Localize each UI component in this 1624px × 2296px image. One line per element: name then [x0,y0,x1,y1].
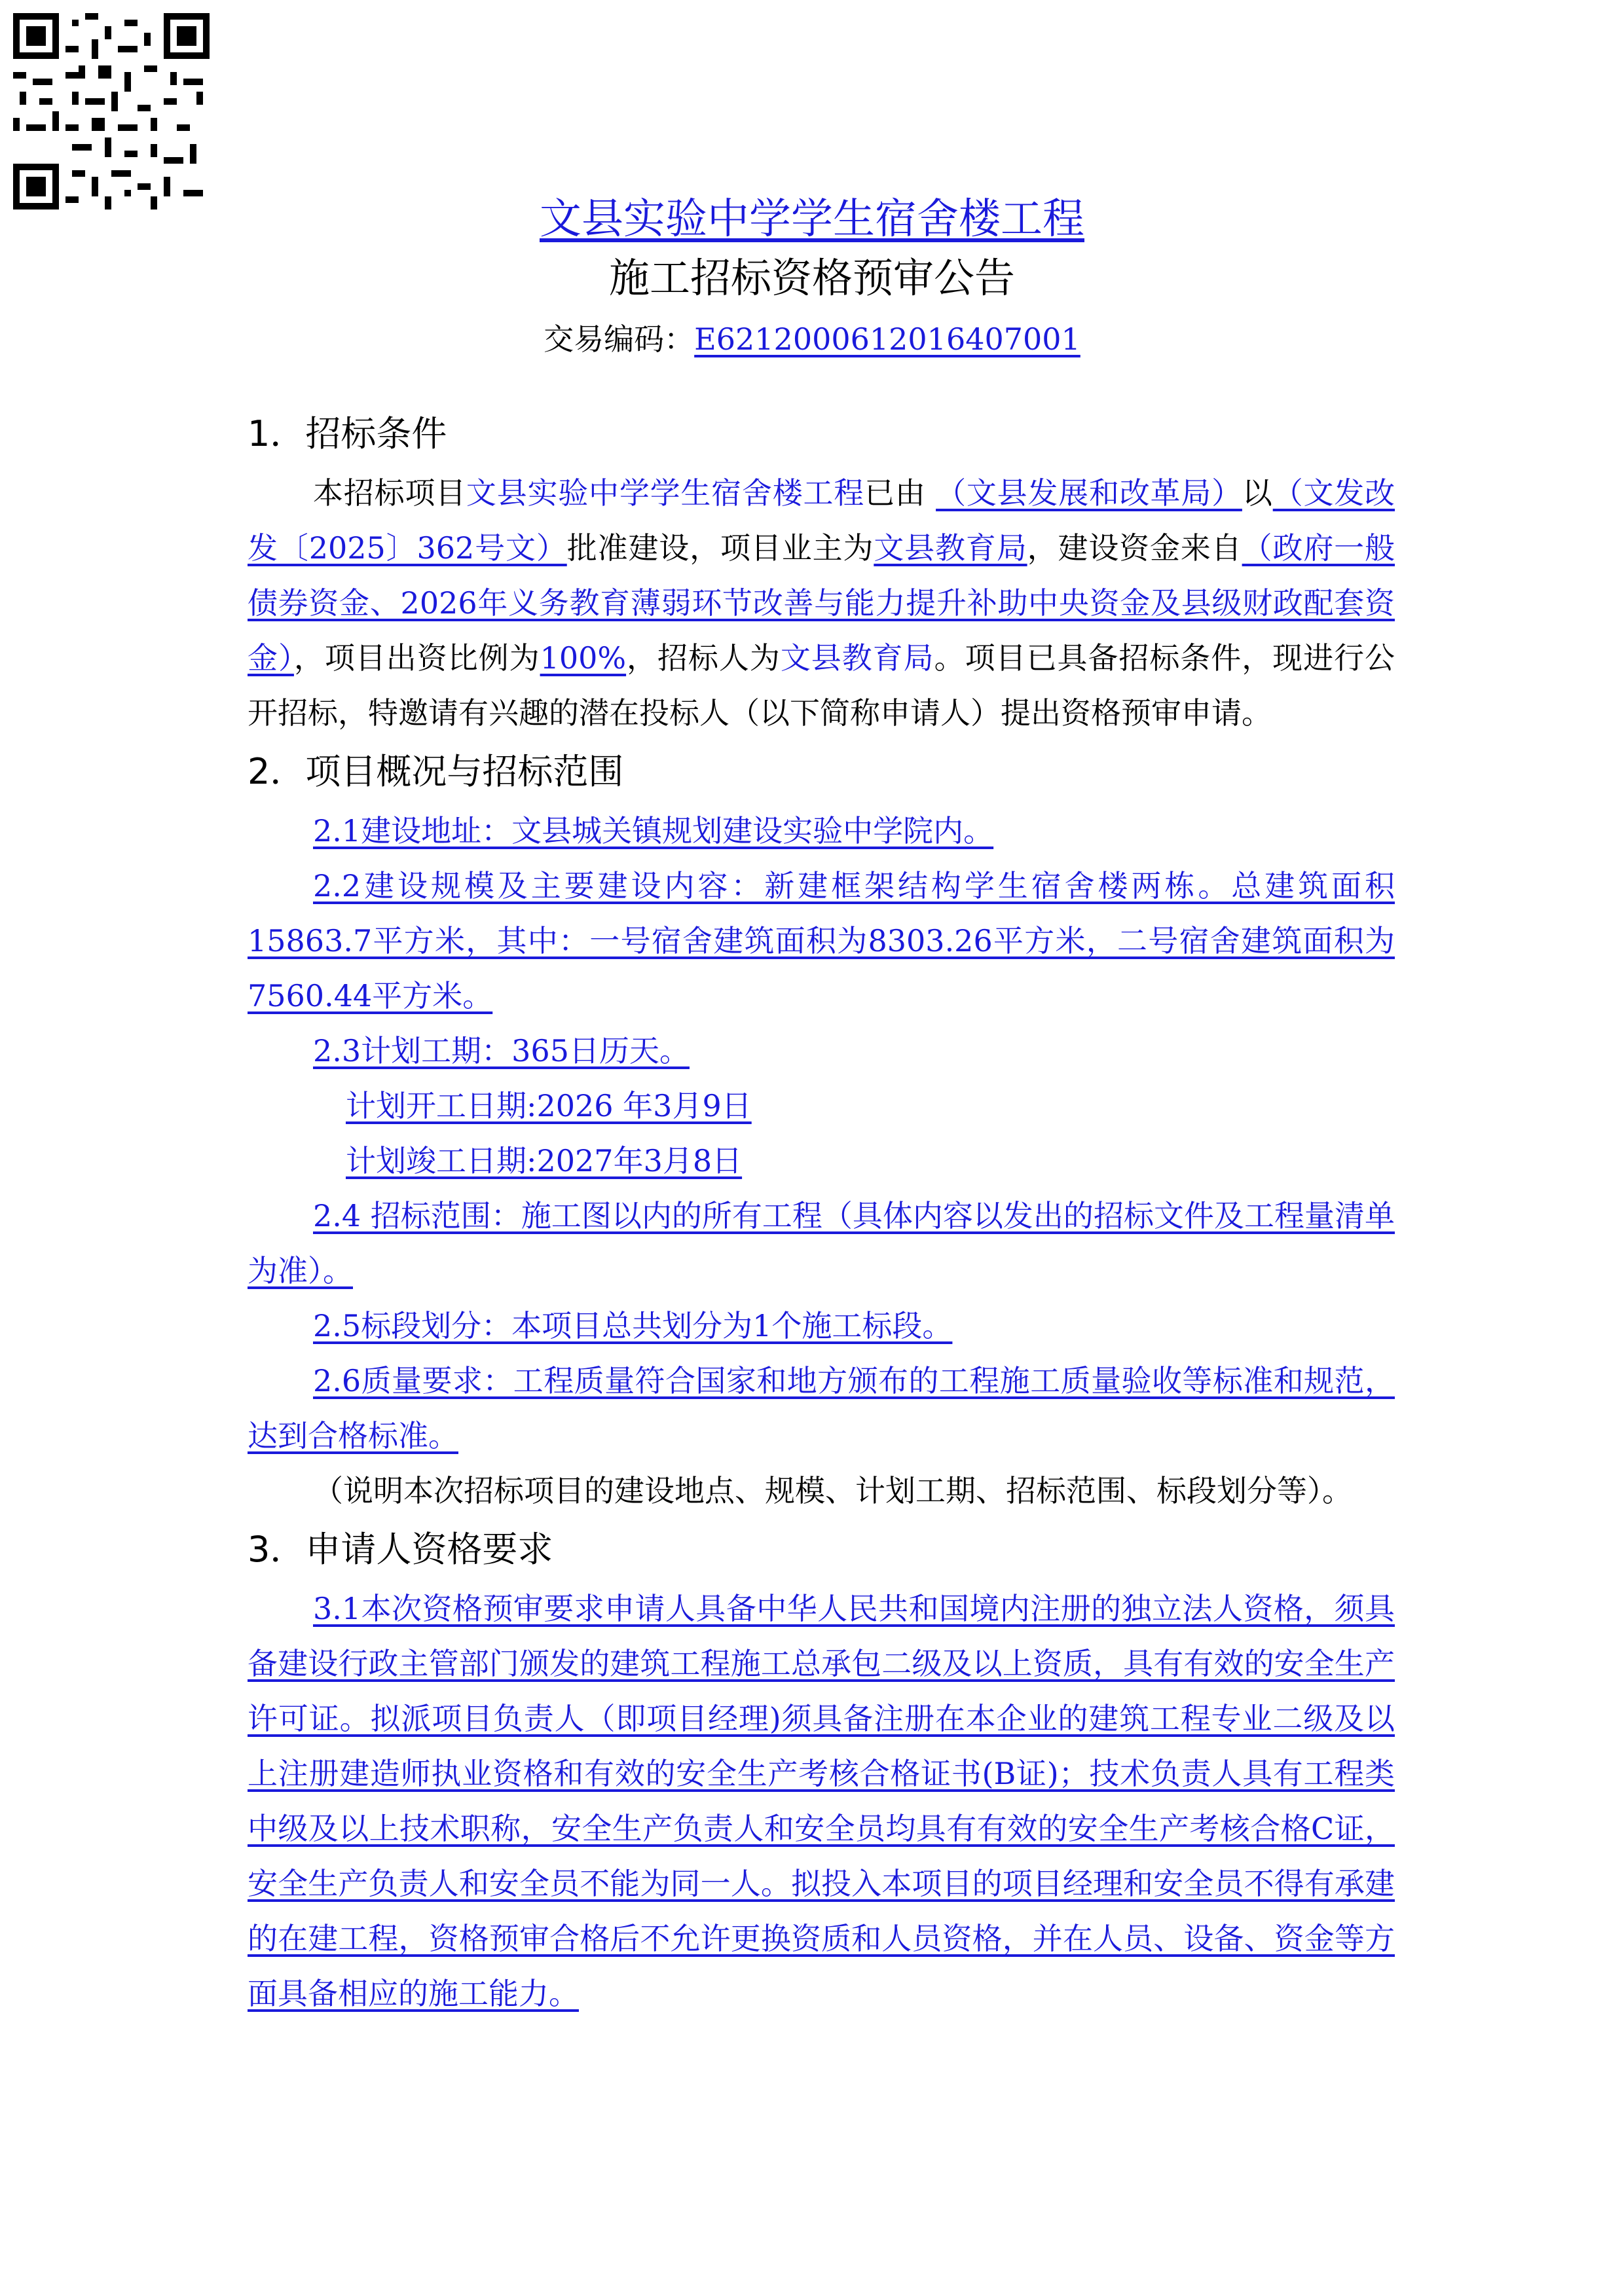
doc-title: 施工招标资格预审公告 [0,252,1624,304]
item-address: 2.1建设地址：文县城关镇规划建设实验中学院内。 [248,803,1395,858]
owner: 文县教育局 [874,530,1027,566]
item-end-date: 计划竣工日期:2027年3月8日 [248,1133,1395,1188]
section-2-heading: 2．项目概况与招标范围 [248,740,1395,803]
item-duration: 2.3计划工期：365日历天。 [248,1023,1395,1078]
item-3-1: 3.1本次资格预审要求申请人具备中华人民共和国境内注册的独立法人资格，须具备建设… [248,1581,1395,2021]
project-ref: 文县实验中学学生宿舍楼工程 [466,475,864,511]
qualification-text: 3.1本次资格预审要求申请人具备中华人民共和国境内注册的独立法人资格，须具备建设… [248,1591,1395,2011]
text: ，项目出资比例为 [294,640,540,676]
duration-text: 2.3计划工期：365日历天。 [313,1033,690,1068]
quality-text: 2.6质量要求：工程质量符合国家和地方颁布的工程施工质量验收等标准和规范，达到合… [248,1363,1395,1453]
start-date-text: 计划开工日期:2026 年3月9日 [346,1088,752,1123]
section-3-heading: 3．申请人资格要求 [248,1518,1395,1581]
item-quality: 2.6质量要求：工程质量符合国家和地方颁布的工程施工质量验收等标准和规范，达到合… [248,1353,1395,1463]
approver: （文县发展和改革局） [936,475,1242,511]
investment-ratio: 100% [540,640,627,676]
item-start-date: 计划开工日期:2026 年3月9日 [248,1078,1395,1133]
text: 批准建设，项目业主为 [567,530,874,566]
trade-code: E6212000612016407001 [694,321,1080,357]
section-1-paragraph: 本招标项目文县实验中学学生宿舍楼工程已由 （文县发展和改革局）以（文发改发〔20… [248,465,1395,740]
item-lots: 2.5标段划分：本项目总共划分为1个施工标段。 [248,1298,1395,1353]
qr-code [13,13,210,210]
document-body: 1．招标条件 本招标项目文县实验中学学生宿舍楼工程已由 （文县发展和改革局）以（… [248,403,1395,2021]
text: ，建设资金来自 [1027,530,1242,566]
item-scope: 2.4 招标范围：施工图以内的所有工程（具体内容以发出的招标文件及工程量清单为准… [248,1188,1395,1298]
project-title: 文县实验中学学生宿舍楼工程 [0,193,1624,246]
end-date-text: 计划竣工日期:2027年3月8日 [346,1143,742,1178]
address-text: 2.1建设地址：文县城关镇规划建设实验中学院内。 [313,813,993,848]
text: 本招标项目 [313,475,466,511]
scale-text: 2.2建设规模及主要建设内容：新建框架结构学生宿舍楼两栋。总建筑面积15863.… [248,868,1395,1013]
item-scale: 2.2建设规模及主要建设内容：新建框架结构学生宿舍楼两栋。总建筑面积15863.… [248,858,1395,1023]
section-1-heading: 1．招标条件 [248,403,1395,465]
trade-code-label: 交易编码： [544,321,694,357]
lots-text: 2.5标段划分：本项目总共划分为1个施工标段。 [313,1308,952,1343]
project-name: 文县实验中学学生宿舍楼工程 [540,195,1084,244]
tenderer: 文县教育局 [781,640,934,676]
text: ，招标人为 [626,640,781,676]
trade-code-line: 交易编码：E6212000612016407001 [0,318,1624,360]
scope-text: 2.4 招标范围：施工图以内的所有工程（具体内容以发出的招标文件及工程量清单为准… [248,1198,1395,1288]
text: 以 [1242,475,1273,511]
section-2-note: （说明本次招标项目的建设地点、规模、计划工期、招标范围、标段划分等）。 [248,1463,1395,1518]
text: 已由 [864,475,926,511]
